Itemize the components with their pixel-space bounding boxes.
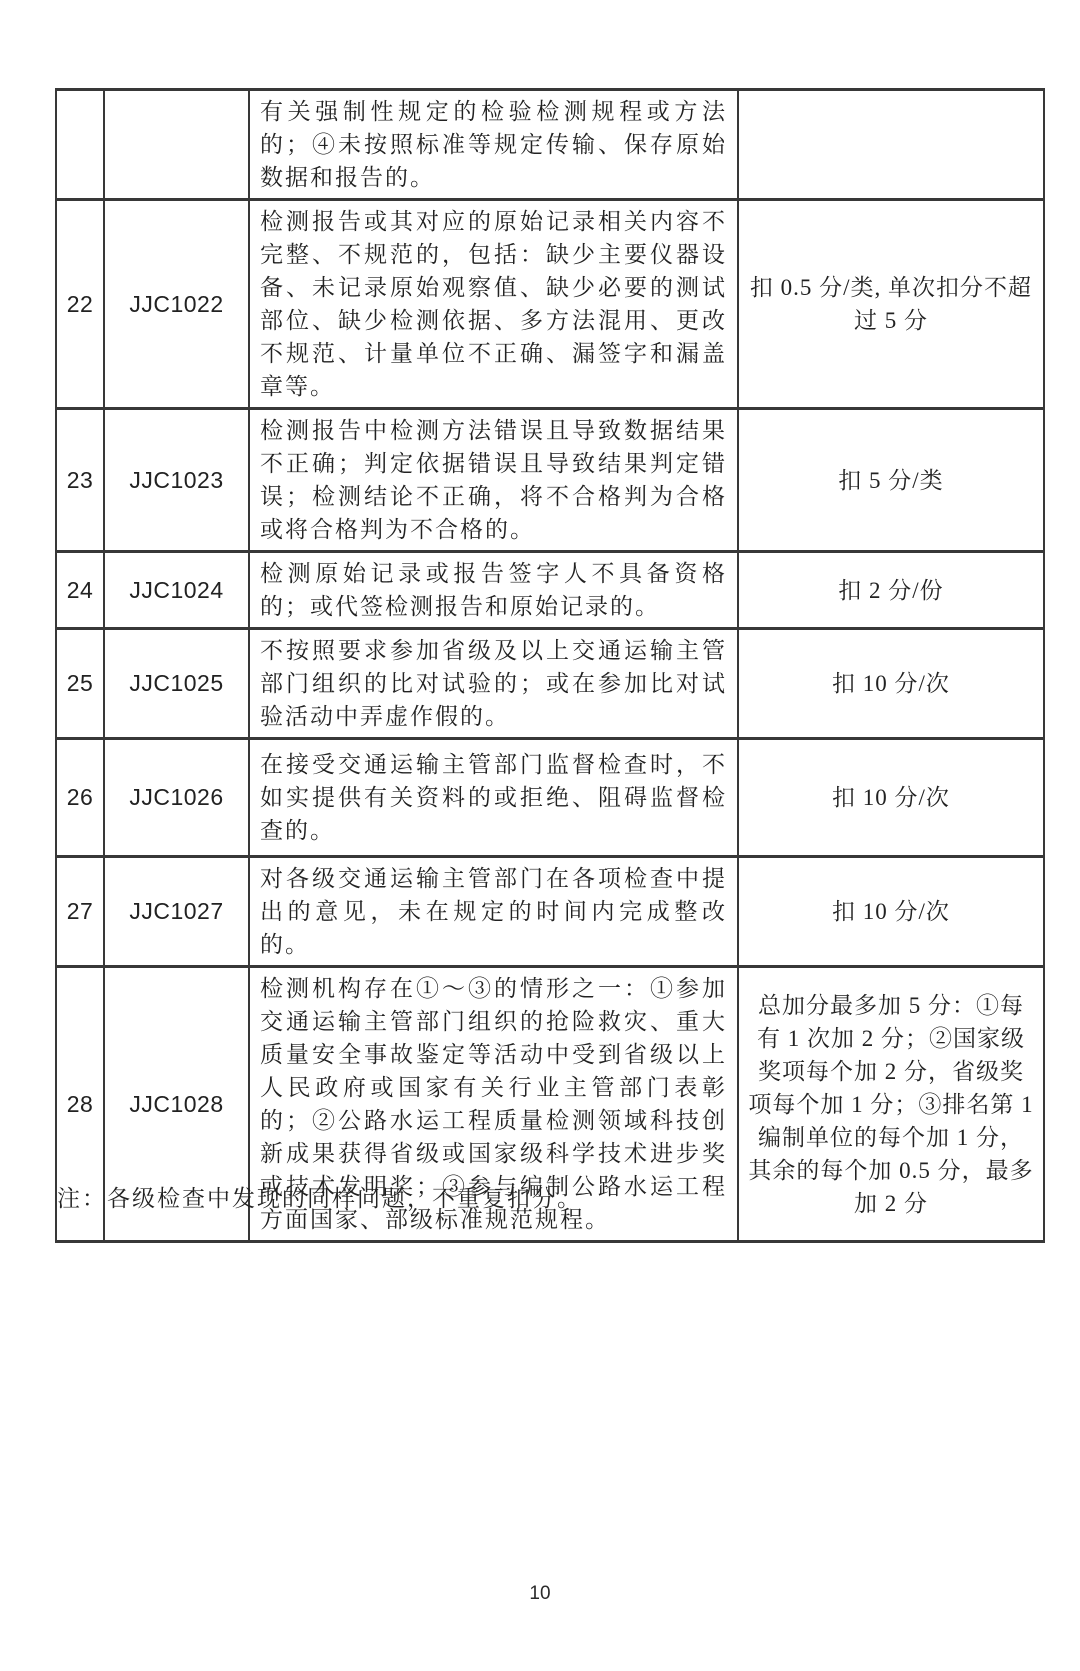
table-row: 25 JJC1025 不按照要求参加省级及以上交通运输主管部门组织的比对试验的；… — [56, 629, 1044, 739]
row-description-cell: 检测报告中检测方法错误且导致数据结果不正确；判定依据错误且导致结果判定错误；检测… — [249, 409, 738, 552]
row-number-cell: 25 — [56, 629, 104, 739]
row-deduction-cell: 扣 2 分/份 — [738, 552, 1044, 629]
row-code-cell: JJC1024 — [104, 552, 249, 629]
table-row: 22 JJC1022 检测报告或其对应的原始记录相关内容不完整、不规范的，包括：… — [56, 200, 1044, 409]
score-table: 有关强制性规定的检验检测规程或方法的；④未按照标准等规定传输、保存原始数据和报告… — [55, 88, 1045, 1243]
row-number-cell: 26 — [56, 739, 104, 857]
row-number-cell: 22 — [56, 200, 104, 409]
table-footnote: 注：各级检查中发现的同样问题，不重复扣分。 — [57, 1180, 1017, 1213]
page-number: 10 — [0, 1583, 1080, 1605]
table-row: 有关强制性规定的检验检测规程或方法的；④未按照标准等规定传输、保存原始数据和报告… — [56, 90, 1044, 200]
table-row: 23 JJC1023 检测报告中检测方法错误且导致数据结果不正确；判定依据错误且… — [56, 409, 1044, 552]
row-code-cell: JJC1022 — [104, 200, 249, 409]
row-code-cell: JJC1023 — [104, 409, 249, 552]
row-description-cell: 有关强制性规定的检验检测规程或方法的；④未按照标准等规定传输、保存原始数据和报告… — [249, 90, 738, 200]
table-row: 24 JJC1024 检测原始记录或报告签字人不具备资格的；或代签检测报告和原始… — [56, 552, 1044, 629]
row-deduction-cell: 扣 0.5 分/类, 单次扣分不超过 5 分 — [738, 200, 1044, 409]
row-code-cell — [104, 90, 249, 200]
row-deduction-cell: 扣 5 分/类 — [738, 409, 1044, 552]
row-description-cell: 对各级交通运输主管部门在各项检查中提出的意见，未在规定的时间内完成整改的。 — [249, 857, 738, 967]
table-row: 26 JJC1026 在接受交通运输主管部门监督检查时，不如实提供有关资料的或拒… — [56, 739, 1044, 857]
row-description-cell: 在接受交通运输主管部门监督检查时，不如实提供有关资料的或拒绝、阻碍监督检查的。 — [249, 739, 738, 857]
row-code-cell: JJC1027 — [104, 857, 249, 967]
row-deduction-cell: 扣 10 分/次 — [738, 739, 1044, 857]
row-description-cell: 检测报告或其对应的原始记录相关内容不完整、不规范的，包括：缺少主要仪器设备、未记… — [249, 200, 738, 409]
row-number-cell: 24 — [56, 552, 104, 629]
row-description-cell: 不按照要求参加省级及以上交通运输主管部门组织的比对试验的；或在参加比对试验活动中… — [249, 629, 738, 739]
row-number-cell: 23 — [56, 409, 104, 552]
row-description-cell: 检测原始记录或报告签字人不具备资格的；或代签检测报告和原始记录的。 — [249, 552, 738, 629]
row-code-cell: JJC1026 — [104, 739, 249, 857]
document-page: 有关强制性规定的检验检测规程或方法的；④未按照标准等规定传输、保存原始数据和报告… — [0, 0, 1080, 1671]
row-number-cell — [56, 90, 104, 200]
row-deduction-cell: 扣 10 分/次 — [738, 629, 1044, 739]
row-number-cell: 27 — [56, 857, 104, 967]
row-deduction-cell — [738, 90, 1044, 200]
score-table-body: 有关强制性规定的检验检测规程或方法的；④未按照标准等规定传输、保存原始数据和报告… — [56, 90, 1044, 1242]
table-row: 27 JJC1027 对各级交通运输主管部门在各项检查中提出的意见，未在规定的时… — [56, 857, 1044, 967]
row-code-cell: JJC1025 — [104, 629, 249, 739]
row-deduction-cell: 扣 10 分/次 — [738, 857, 1044, 967]
